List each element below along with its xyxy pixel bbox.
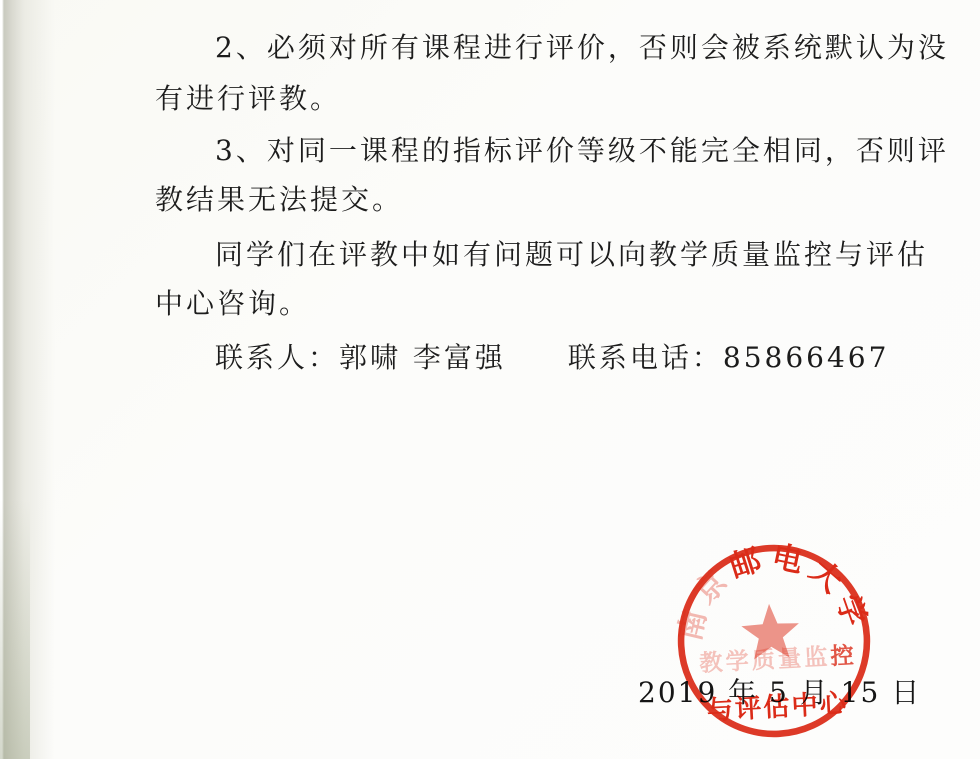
official-seal-stamp: 南京邮电大学 教学质量监控 与评估中心 (668, 535, 880, 747)
notice-line: 同学们在评教中如有问题可以向教学质量监控与评估 (215, 233, 928, 273)
seal-middle-text-faint: 教学质量监 (699, 643, 831, 677)
notice-line: 中心咨询。 (155, 282, 310, 322)
page-edge-shadow (0, 0, 60, 759)
scanned-notice-page: 2、必须对所有课程进行评价，否则会被系统默认为没 有进行评教。 3、对同一课程的… (0, 0, 980, 759)
seal-middle-text-dark: 控 (830, 642, 858, 670)
seal-arc-text-faint: 南京 (669, 558, 743, 647)
notice-line: 教结果无法提交。 (155, 178, 403, 218)
notice-line: 3、对同一课程的指标评价等级不能完全相同，否则评 (215, 129, 949, 169)
page-edge-shadow-bottom (0, 499, 30, 759)
contact-line: 联系人：郭啸 李富强 联系电话：85866467 (215, 336, 889, 376)
seal-middle-text: 教学质量监控 (699, 642, 858, 677)
notice-line: 2、必须对所有课程进行评价，否则会被系统默认为没 (215, 26, 949, 66)
notice-line: 有进行评教。 (155, 77, 341, 117)
